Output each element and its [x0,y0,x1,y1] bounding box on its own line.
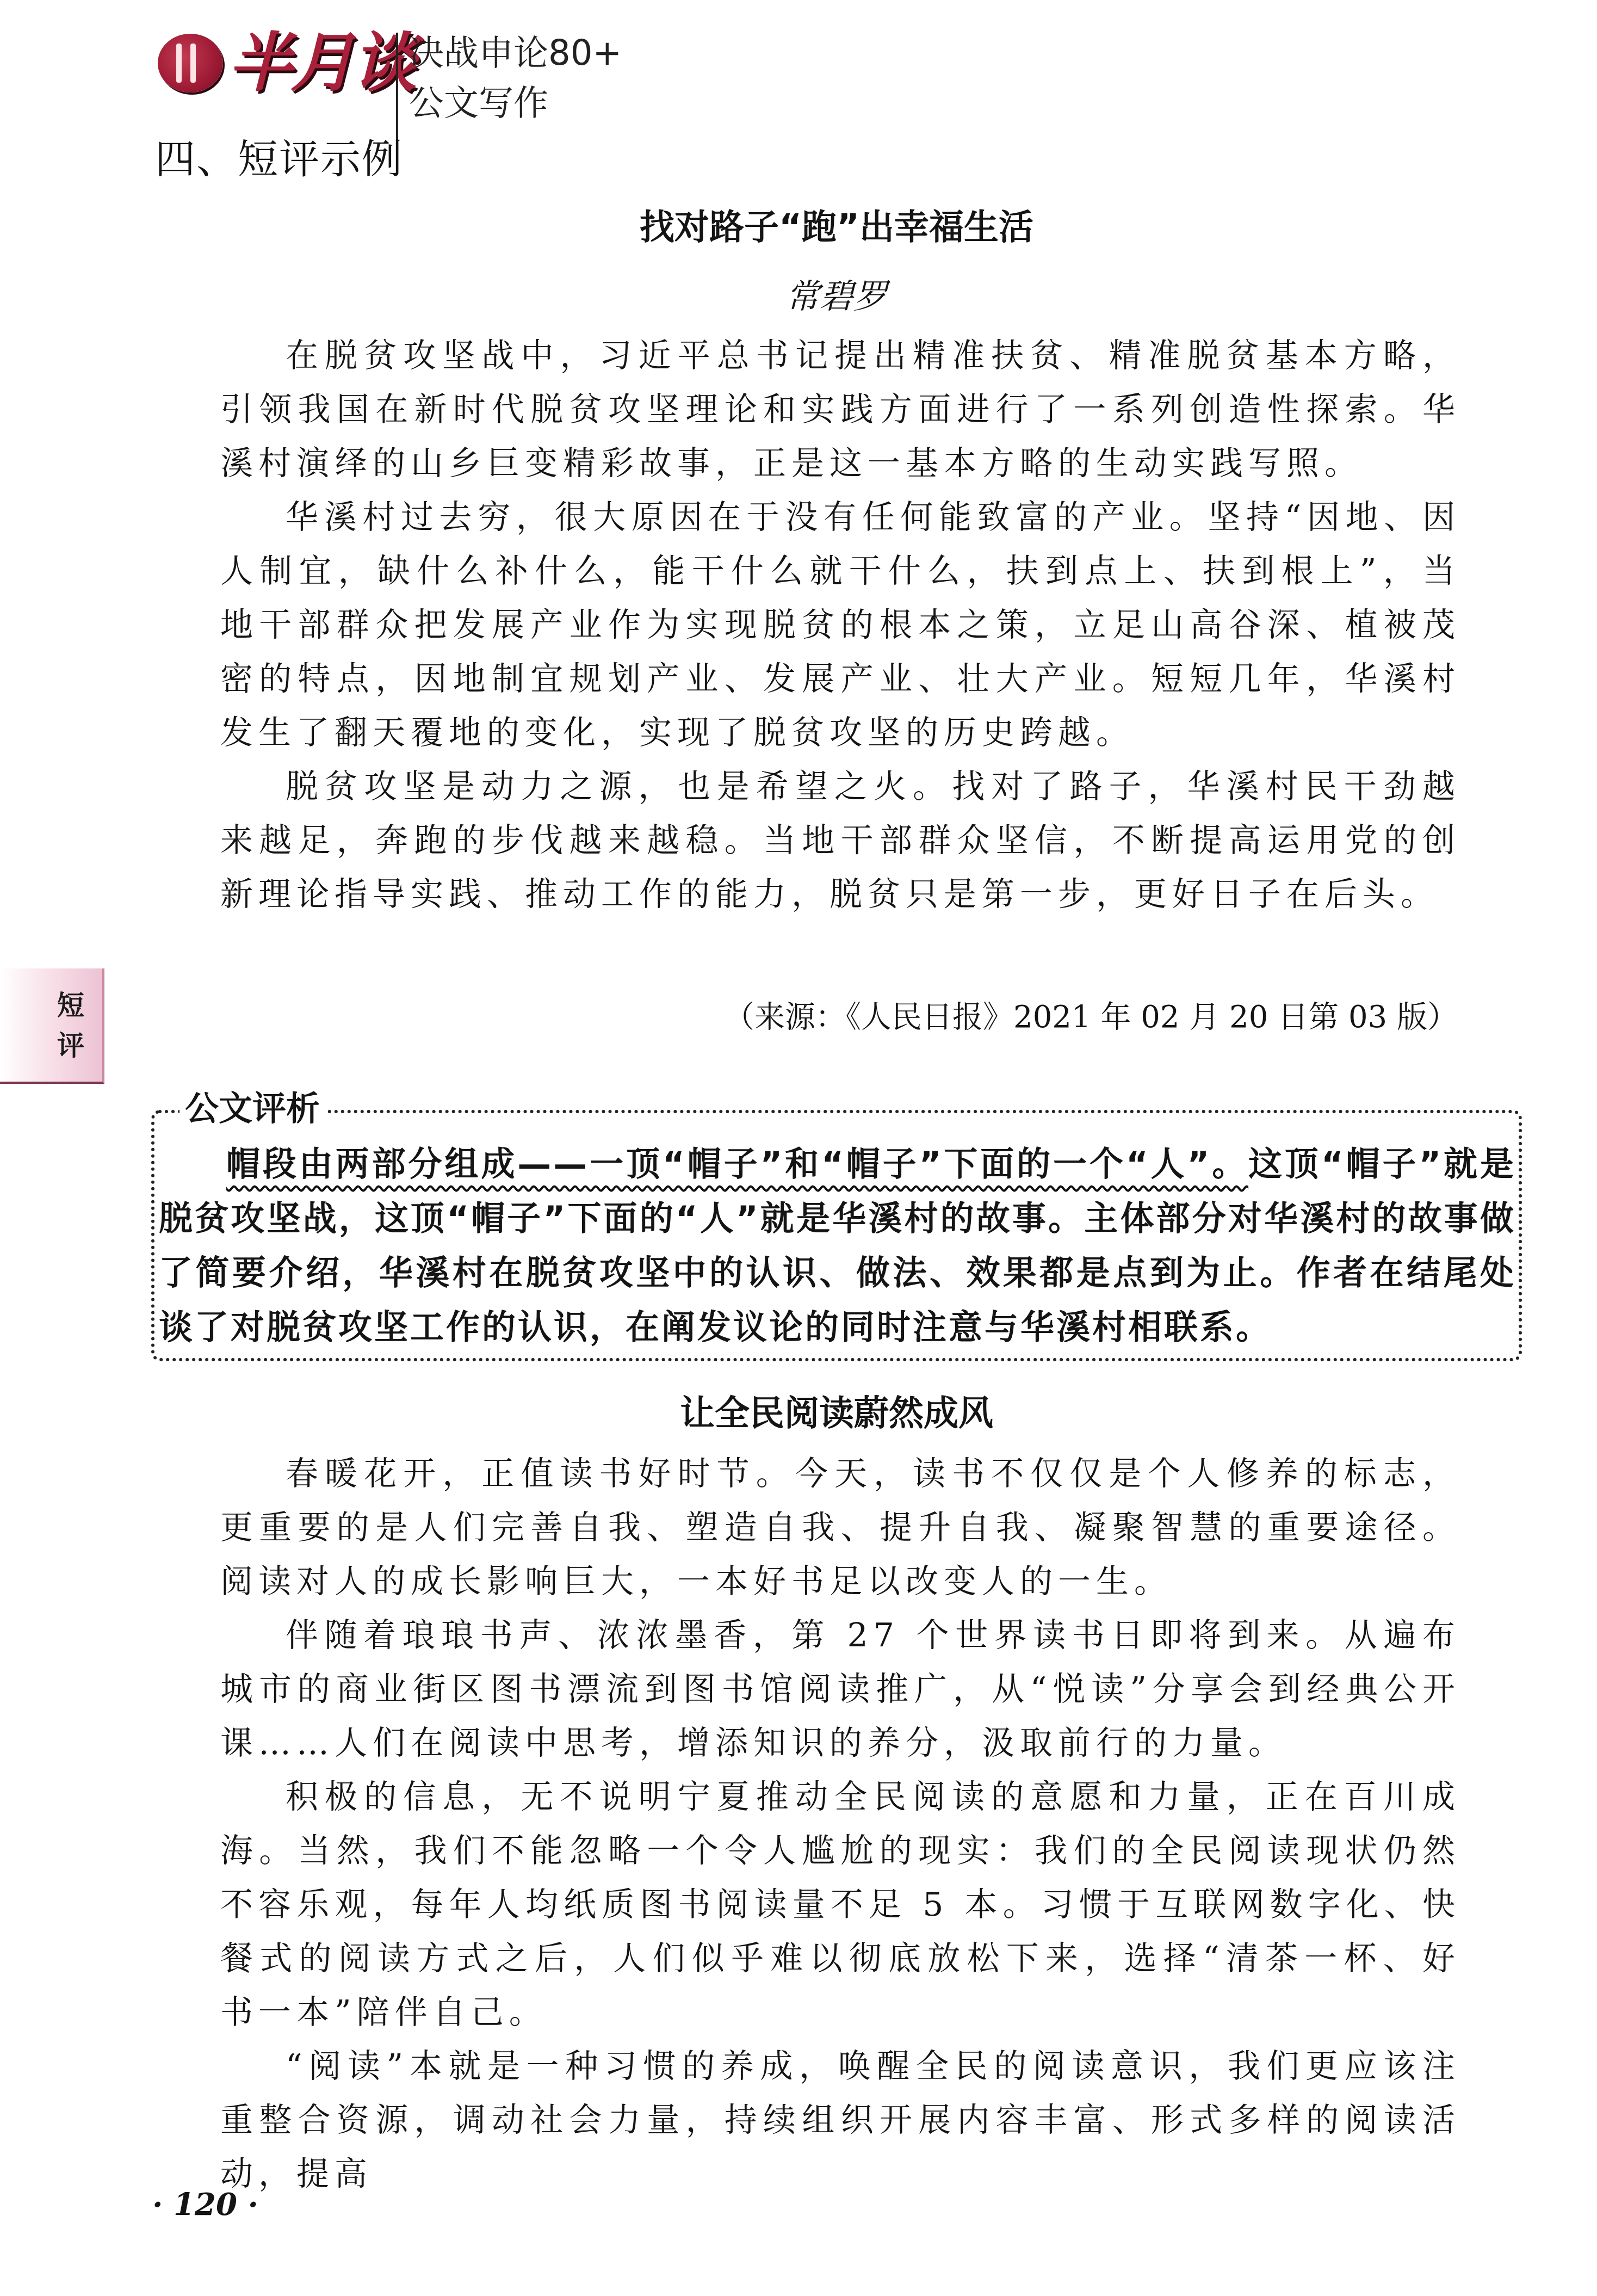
article-title: 让全民阅读蔚然成风 [0,1392,1597,1435]
analysis-paragraph: 帽段由两部分组成——一顶“帽子”和“帽子”下面的一个“人”。这顶“帽子”就是脱贫… [159,1137,1516,1355]
paragraph: 积极的信息，无不说明宁夏推动全民阅读的意愿和力量，正在百川成海。当然，我们不能忽… [220,1770,1460,2040]
series-subtitle: 公文写作 [409,82,548,125]
article-author: 常碧罗 [0,275,1597,318]
brand-logo-icon [158,34,223,92]
paragraph: “阅读”本就是一种习惯的养成，唤醒全民的阅读意识，我们更应该注重整合资源，调动社… [220,2040,1460,2201]
chapter-side-tab: 短 评 [0,968,104,1084]
article-body: 在脱贫攻坚战中，习近平总书记提出精准扶贫、精准脱贫基本方略，引领我国在新时代脱贫… [220,329,1460,922]
brand-name: 半月谈 [228,27,414,98]
paragraph: 春暖花开，正值读书好时节。今天，读书不仅仅是个人修养的标志，更重要的是人们完善自… [220,1447,1460,1609]
series-title: 决战申论80+ [409,32,622,75]
analysis-label: 公文评析 [179,1087,325,1131]
paragraph: 在脱贫攻坚战中，习近平总书记提出精准扶贫、精准脱贫基本方略，引领我国在新时代脱贫… [220,329,1460,491]
paragraph: 华溪村过去穷，很大原因在于没有任何能致富的产业。坚持“因地、因人制宜，缺什么补什… [220,491,1460,760]
page-number: · 120 · [152,2183,258,2226]
header-divider [396,33,398,141]
article-body: 春暖花开，正值读书好时节。今天，读书不仅仅是个人修养的标志，更重要的是人们完善自… [220,1447,1460,2201]
logo-bar [176,44,182,83]
logo-bar [190,44,196,83]
wavy-underlined-text: 帽段由两部分组成——一顶“帽子”和“帽子”下面的一个“人”。 [226,1144,1248,1184]
paragraph: 脱贫攻坚是动力之源，也是希望之火。找对了路子，华溪村民干劲越来越足，奔跑的步伐越… [220,760,1460,922]
analysis-text: 帽段由两部分组成——一顶“帽子”和“帽子”下面的一个“人”。这顶“帽子”就是脱贫… [159,1137,1516,1355]
paragraph: 伴随着琅琅书声、浓浓墨香，第 27 个世界读书日即将到来。从遍布城市的商业街区图… [220,1609,1460,1770]
article-source: （来源：《人民日报》2021 年 02 月 20 日第 03 版） [220,996,1458,1039]
article-title: 找对路子“跑”出幸福生活 [0,206,1597,249]
side-tab-char: 评 [57,1024,84,1063]
section-heading: 四、短评示例 [155,135,403,184]
side-tab-char: 短 [57,984,84,1023]
